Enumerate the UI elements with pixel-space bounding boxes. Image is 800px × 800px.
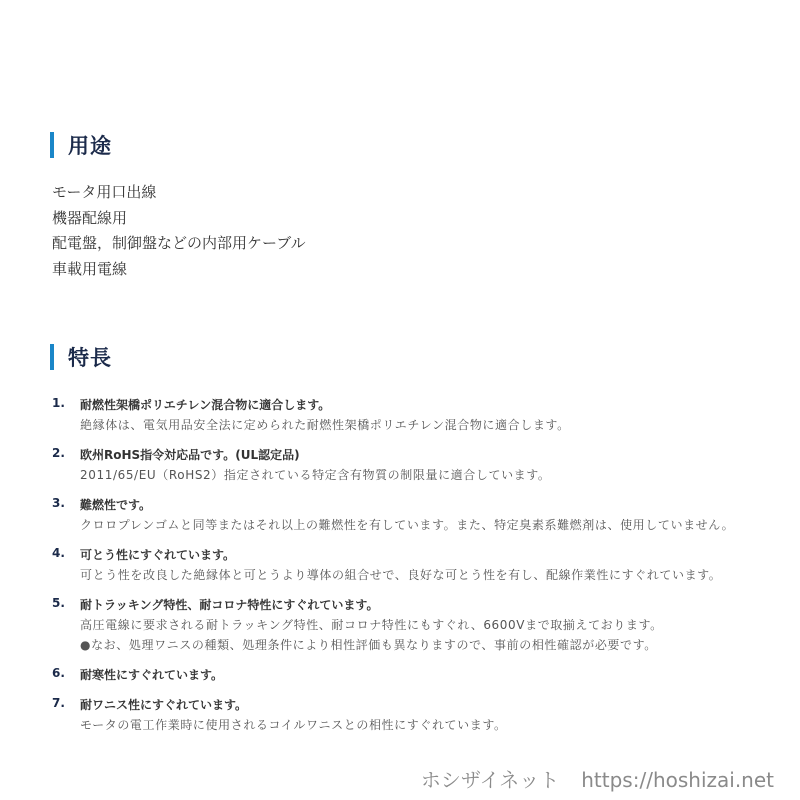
feature-description: 絶縁体は、電気用品安全法に定められた耐燃性架橋ポリエチレン混合物に適合します。 xyxy=(80,415,792,435)
feature-item: 2. 欧州RoHS指令対応品です。(UL認定品) 2011/65/EU（RoHS… xyxy=(52,446,792,485)
feature-description: 可とう性を改良した絶縁体と可とうより導体の組合せで、良好な可とう性を有し、配線作… xyxy=(80,565,792,585)
uses-item: 配電盤，制御盤などの内部用ケーブル xyxy=(52,231,306,257)
watermark: ホシザイネットhttps://hoshizai.net xyxy=(421,764,774,793)
uses-heading: 用途 xyxy=(50,130,112,160)
heading-accent-bar xyxy=(50,344,54,370)
feature-item: 1. 耐燃性架橋ポリエチレン混合物に適合します。 絶縁体は、電気用品安全法に定め… xyxy=(52,396,792,435)
feature-description: モータの電工作業時に使用されるコイルワニスとの相性にすぐれています。 xyxy=(80,715,792,735)
uses-item: モータ用口出線 xyxy=(52,180,306,206)
feature-description: 2011/65/EU（RoHS2）指定されている特定含有物質の制限量に適合してい… xyxy=(80,465,792,485)
feature-number: 6. xyxy=(52,666,65,680)
uses-item: 車載用電線 xyxy=(52,257,306,283)
feature-title: 難燃性です。 xyxy=(80,496,792,515)
feature-number: 5. xyxy=(52,596,65,610)
feature-number: 3. xyxy=(52,496,65,510)
feature-title: 欧州RoHS指令対応品です。(UL認定品) xyxy=(80,446,792,465)
feature-number: 1. xyxy=(52,396,65,410)
feature-title: 耐寒性にすぐれています。 xyxy=(80,666,792,685)
feature-item: 4. 可とう性にすぐれています。 可とう性を改良した絶縁体と可とうより導体の組合… xyxy=(52,546,792,585)
feature-item: 5. 耐トラッキング特性、耐コロナ特性にすぐれています。 高圧電線に要求される耐… xyxy=(52,596,792,655)
features-list: 1. 耐燃性架橋ポリエチレン混合物に適合します。 絶縁体は、電気用品安全法に定め… xyxy=(52,396,792,746)
feature-title: 耐トラッキング特性、耐コロナ特性にすぐれています。 xyxy=(80,596,792,615)
feature-title: 可とう性にすぐれています。 xyxy=(80,546,792,565)
feature-description: クロロプレンゴムと同等またはそれ以上の難燃性を有しています。また、特定臭素系難燃… xyxy=(80,515,792,535)
watermark-brand: ホシザイネット xyxy=(421,768,559,792)
feature-number: 2. xyxy=(52,446,65,460)
features-heading: 特長 xyxy=(50,342,112,372)
feature-title: 耐ワニス性にすぐれています。 xyxy=(80,696,792,715)
watermark-url: https://hoshizai.net xyxy=(581,768,774,792)
uses-list: モータ用口出線 機器配線用 配電盤，制御盤などの内部用ケーブル 車載用電線 xyxy=(52,180,306,282)
feature-title: 耐燃性架橋ポリエチレン混合物に適合します。 xyxy=(80,396,792,415)
feature-description: 高圧電線に要求される耐トラッキング特性、耐コロナ特性にもすぐれ、6600Vまで取… xyxy=(80,615,792,635)
feature-item: 6. 耐寒性にすぐれています。 xyxy=(52,666,792,685)
feature-item: 7. 耐ワニス性にすぐれています。 モータの電工作業時に使用されるコイルワニスと… xyxy=(52,696,792,735)
feature-item: 3. 難燃性です。 クロロプレンゴムと同等またはそれ以上の難燃性を有しています。… xyxy=(52,496,792,535)
feature-note: ●なお、処理ワニスの種類、処理条件により相性評価も異なりますので、事前の相性確認… xyxy=(80,635,792,655)
heading-accent-bar xyxy=(50,132,54,158)
uses-heading-text: 用途 xyxy=(68,130,112,160)
feature-number: 7. xyxy=(52,696,65,710)
features-heading-text: 特長 xyxy=(68,342,112,372)
uses-item: 機器配線用 xyxy=(52,206,306,232)
feature-number: 4. xyxy=(52,546,65,560)
